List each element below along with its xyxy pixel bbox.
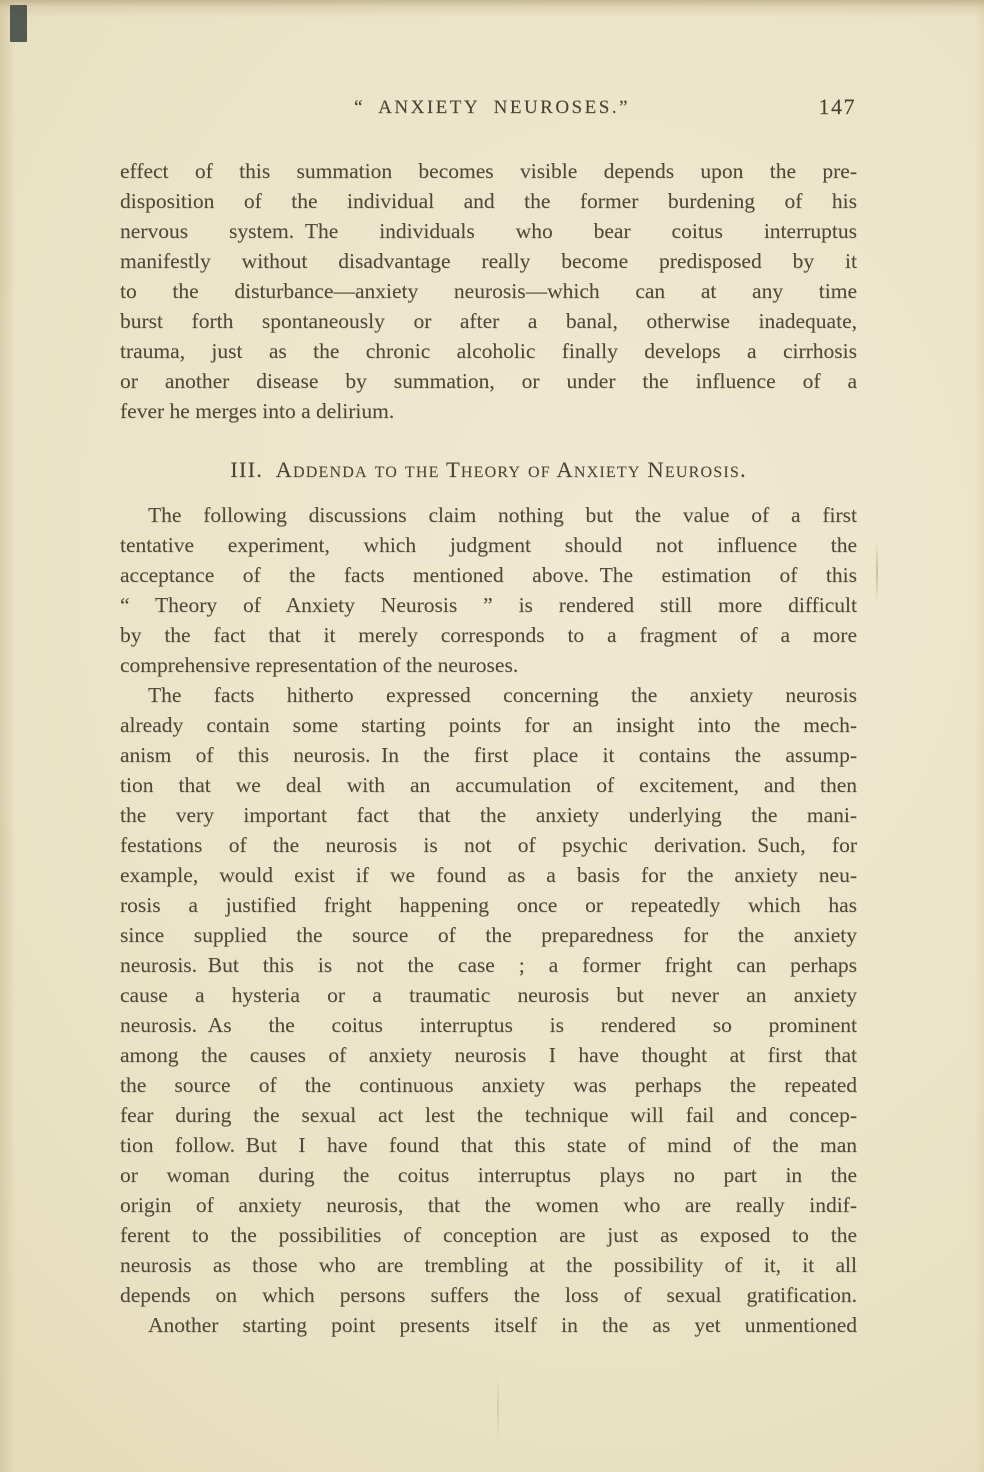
text-line: effect of this summation becomes visible… xyxy=(120,156,857,186)
paragraph: The facts hitherto expressed concerning … xyxy=(120,680,857,1310)
text-line: disposition of the individual and the fo… xyxy=(120,186,857,216)
text-line: already contain some starting points for… xyxy=(120,710,857,740)
text-line: nervous system. The individuals who bear… xyxy=(120,216,857,246)
text-line: neurosis. As the coitus interruptus is r… xyxy=(120,1010,857,1040)
text-line: tion follow. But I have found that this … xyxy=(120,1130,857,1160)
text-line: ferent to the possibilities of conceptio… xyxy=(120,1220,857,1250)
text-line: comprehensive representation of the neur… xyxy=(120,650,857,680)
text-line: by the fact that it merely corresponds t… xyxy=(120,620,857,650)
paper-crease xyxy=(497,1376,499,1440)
page-number: 147 xyxy=(819,94,857,120)
text-line: burst forth spontaneously or after a ban… xyxy=(120,306,857,336)
text-line: fever he merges into a delirium. xyxy=(120,396,857,426)
book-page-scan: “ ANXIETY NEUROSES.” 147 effect of this … xyxy=(0,0,984,1472)
paper-crease xyxy=(876,540,878,604)
text-line: Another starting point presents itself i… xyxy=(120,1310,857,1340)
text-line: neurosis as those who are trembling at t… xyxy=(120,1250,857,1280)
text-line: rosis a justified fright happening once … xyxy=(120,890,857,920)
text-line: anism of this neurosis. In the first pla… xyxy=(120,740,857,770)
page-body: effect of this summation becomes visible… xyxy=(120,156,857,1340)
text-line: example, would exist if we found as a ba… xyxy=(120,860,857,890)
text-line: tentative experiment, which judgment sho… xyxy=(120,530,857,560)
text-line: “ Theory of Anxiety Neurosis ” is render… xyxy=(120,590,857,620)
text-line: the very important fact that the anxiety… xyxy=(120,800,857,830)
text-line: tion that we deal with an accumulation o… xyxy=(120,770,857,800)
text-line: festations of the neurosis is not of psy… xyxy=(120,830,857,860)
text-line: The facts hitherto expressed concerning … xyxy=(120,680,857,710)
text-line: or another disease by summation, or unde… xyxy=(120,366,857,396)
scan-corner-artifact xyxy=(10,5,27,42)
paragraph: The following discussions claim nothing … xyxy=(120,500,857,680)
paragraph: effect of this summation becomes visible… xyxy=(120,156,857,426)
text-line: cause a hysteria or a traumatic neurosis… xyxy=(120,980,857,1010)
text-line: fear during the sexual act lest the tech… xyxy=(120,1100,857,1130)
text-line: trauma, just as the chronic alcoholic fi… xyxy=(120,336,857,366)
text-line: since supplied the source of the prepare… xyxy=(120,920,857,950)
text-line: The following discussions claim nothing … xyxy=(120,500,857,530)
text-line: neurosis. But this is not the case ; a f… xyxy=(120,950,857,980)
text-line: or woman during the coitus interruptus p… xyxy=(120,1160,857,1190)
paragraph: Another starting point presents itself i… xyxy=(120,1310,857,1340)
text-line: origin of anxiety neurosis, that the wom… xyxy=(120,1190,857,1220)
text-line: acceptance of the facts mentioned above.… xyxy=(120,560,857,590)
text-line: among the causes of anxiety neurosis I h… xyxy=(120,1040,857,1070)
text-line: to the disturbance—anxiety neurosis—whic… xyxy=(120,276,857,306)
text-line: depends on which persons suffers the los… xyxy=(120,1280,857,1310)
text-line: the source of the continuous anxiety was… xyxy=(120,1070,857,1100)
text-line: manifestly without disadvantage really b… xyxy=(120,246,857,276)
section-heading: III. Addenda to the Theory of Anxiety Ne… xyxy=(120,454,857,486)
